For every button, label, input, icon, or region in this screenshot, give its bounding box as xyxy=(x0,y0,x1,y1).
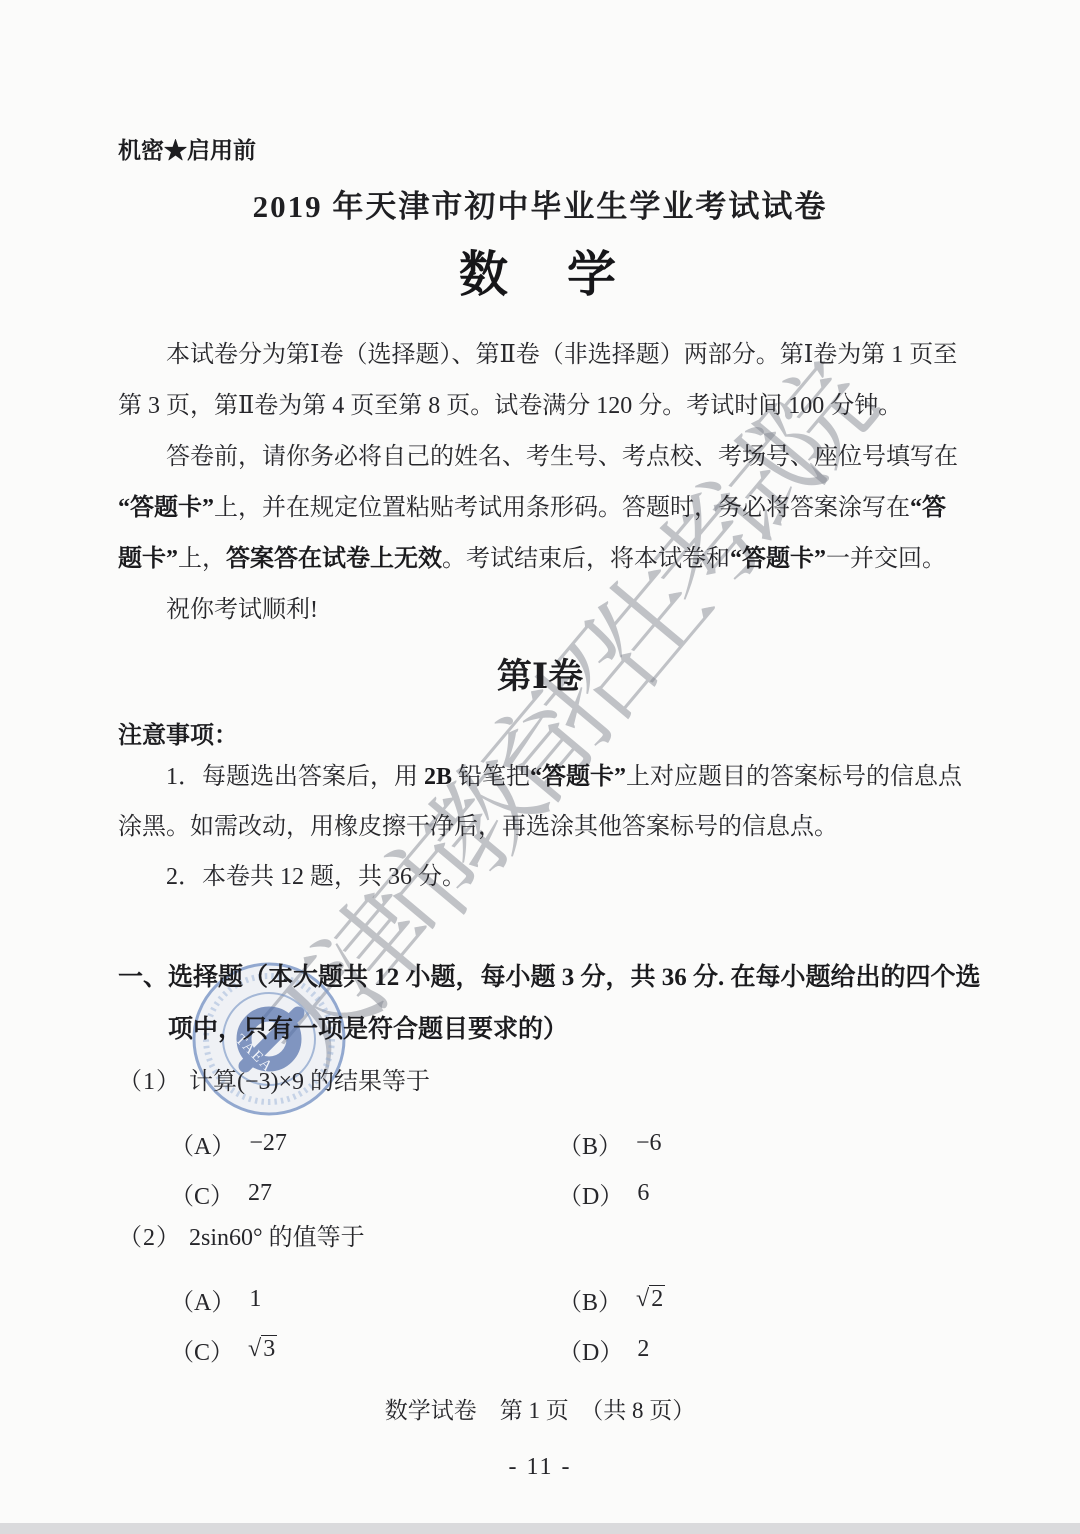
text-segment: 祝你考试顺利! xyxy=(166,597,318,623)
text-segment: 1．每题选出答案后，用 xyxy=(166,764,424,790)
note-item-2: 2．本卷共 12 题，共 36 分。 xyxy=(118,852,970,902)
subject-title: 数 学 xyxy=(0,236,1080,306)
text-segment: 上，并在规定位置粘贴考试用条形码。答题时，务必将答案涂写在 xyxy=(214,495,910,521)
text-segment: 上， xyxy=(178,546,226,572)
text-segment: 本试卷分为第Ⅰ卷（选择题）、第Ⅱ卷（非选择题）两部分。第Ⅰ卷为第 1 页至第 3… xyxy=(118,342,957,419)
question-line: （2）2sin60° 的值等于 xyxy=(118,1218,982,1258)
footer-page-number: - 11 - xyxy=(0,1452,1080,1482)
option-item-c: （C）27 xyxy=(170,1168,558,1218)
option-item-a: （A）−27 xyxy=(170,1118,558,1168)
option-value: −27 xyxy=(249,1130,287,1157)
option-item-d: （D）2 xyxy=(558,1324,982,1374)
option-label: （C） xyxy=(170,1332,234,1367)
option-item-d: （D）6 xyxy=(558,1168,982,1218)
text-segment: 。考试结束后，将本试卷和 xyxy=(442,546,730,572)
text-segment-bold: “答题卡” xyxy=(118,495,214,521)
option-value: √3 xyxy=(248,1336,277,1363)
question-line: （1）计算(−3)×9 的结果等于 xyxy=(118,1062,982,1102)
option-item-a: （A）1 xyxy=(170,1274,558,1324)
option-label: （D） xyxy=(558,1176,623,1211)
text-segment-bold: 2B xyxy=(424,764,452,790)
option-value: 27 xyxy=(248,1180,272,1207)
question-block-2: （2）2sin60° 的值等于 （A）1 （B）√2 （C）√3 （D）2 xyxy=(118,1218,982,1374)
bottom-scan-band xyxy=(0,1523,1080,1534)
question-number: （1） xyxy=(118,1069,181,1095)
option-value: 1 xyxy=(249,1286,261,1313)
text-segment-bold: “答题卡” xyxy=(530,764,626,790)
text-segment: 一并交回。 xyxy=(826,546,946,572)
option-label: （D） xyxy=(558,1332,623,1367)
section-1-heading: 第Ⅰ卷 xyxy=(0,649,1080,699)
options-grid: （A）1 （B）√2 （C）√3 （D）2 xyxy=(118,1274,982,1374)
notes-list: 1．每题选出答案后，用 2B 铅笔把“答题卡”上对应题目的答案标号的信息点涂黑。… xyxy=(118,752,970,902)
option-label: （A） xyxy=(170,1126,235,1161)
question-number: （2） xyxy=(118,1225,181,1251)
intro-paragraph-2: 答卷前，请你务必将自己的姓名、考生号、考点校、考场号、座位号填写在“答题卡”上，… xyxy=(118,432,964,585)
text-segment: 2．本卷共 12 题，共 36 分。 xyxy=(166,864,466,890)
option-value: √2 xyxy=(636,1286,665,1313)
option-label: （B） xyxy=(558,1126,622,1161)
question-text: 2sin60° 的值等于 xyxy=(189,1225,365,1251)
text-segment-bold: “答题卡” xyxy=(730,546,826,572)
option-label: （A） xyxy=(170,1282,235,1317)
options-grid: （A）−27 （B）−6 （C）27 （D）6 xyxy=(118,1118,982,1218)
option-item-b: （B）−6 xyxy=(558,1118,982,1168)
intro-paragraph-1: 本试卷分为第Ⅰ卷（选择题）、第Ⅱ卷（非选择题）两部分。第Ⅰ卷为第 1 页至第 3… xyxy=(118,330,964,432)
document-content: 机密★启用前 2019 年天津市初中毕业生学业考试试卷 数 学 本试卷分为第Ⅰ卷… xyxy=(0,0,1080,1534)
option-label: （B） xyxy=(558,1282,622,1317)
intro-section: 本试卷分为第Ⅰ卷（选择题）、第Ⅱ卷（非选择题）两部分。第Ⅰ卷为第 1 页至第 3… xyxy=(118,330,964,636)
classification-label: 机密★启用前 xyxy=(118,132,256,165)
question-text: 计算(−3)×9 的结果等于 xyxy=(189,1069,430,1095)
option-item-c: （C）√3 xyxy=(170,1324,558,1374)
text-segment: 答卷前，请你务必将自己的姓名、考生号、考点校、考场号、座位号填写在 xyxy=(166,444,958,470)
option-value: −6 xyxy=(636,1130,662,1157)
option-value: 2 xyxy=(637,1336,649,1363)
note-item-1: 1．每题选出答案后，用 2B 铅笔把“答题卡”上对应题目的答案标号的信息点涂黑。… xyxy=(118,752,970,852)
text-segment: 铅笔把 xyxy=(452,764,530,790)
text-segment-bold: 答案答在试卷上无效 xyxy=(226,546,442,572)
notes-title: 注意事项： xyxy=(118,715,238,750)
exam-title: 2019 年天津市初中毕业生学业考试试卷 xyxy=(0,181,1080,226)
footer-page-info: 数学试卷 第 1 页 （共 8 页） xyxy=(0,1396,1080,1426)
choice-section-heading: 一、选择题（本大题共 12 小题，每小题 3 分，共 36 分. 在每小题给出的… xyxy=(118,952,986,1056)
exam-paper-page: 天津市教育招生考试院 TAEA 机密★启用前 2019 年天津市初中毕业生学业考… xyxy=(0,0,1080,1534)
exam-wish: 祝你考试顺利! xyxy=(118,585,964,636)
question-block-1: （1）计算(−3)×9 的结果等于 （A）−27 （B）−6 （C）27 （D）… xyxy=(118,1062,982,1218)
option-value: 6 xyxy=(637,1180,649,1207)
option-item-b: （B）√2 xyxy=(558,1274,982,1324)
option-label: （C） xyxy=(170,1176,234,1211)
